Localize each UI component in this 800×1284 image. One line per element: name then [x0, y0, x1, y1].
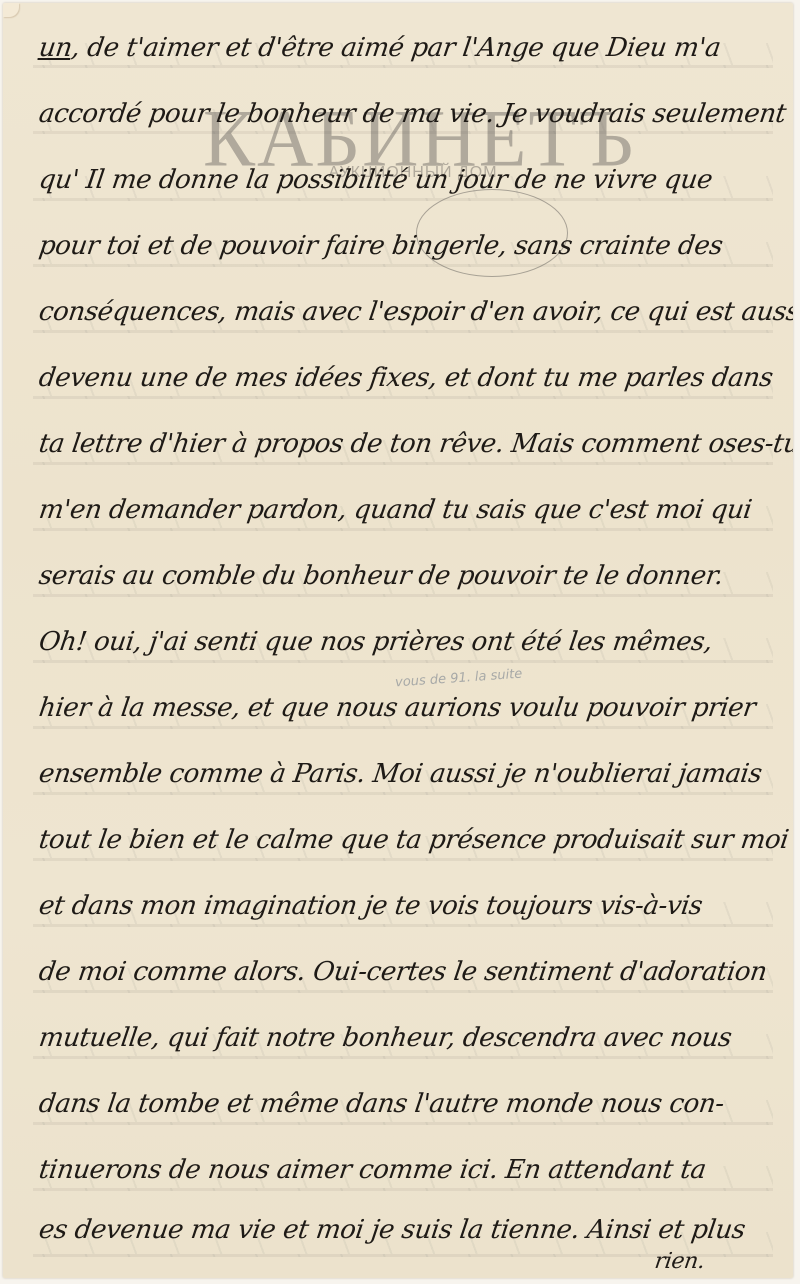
- handwritten-line-18: tinuerons de nous aimer comme ici. En at…: [37, 1155, 708, 1185]
- handwritten-line-17: dans la tombe et même dans l'autre monde…: [37, 1089, 726, 1119]
- handwritten-line-11: hier à la messe, et que nous aurions vou…: [37, 693, 757, 723]
- underlined-word: un: [37, 33, 74, 63]
- handwritten-line-14: et dans mon imagination je te vois toujo…: [37, 891, 704, 921]
- handwritten-line-9: serais au comble du bonheur de pouvoir t…: [37, 561, 725, 591]
- handwritten-line-16: mutuelle, qui fait notre bonheur, descen…: [37, 1023, 733, 1053]
- handwritten-line-8: m'en demander pardon, quand tu sais que …: [37, 495, 754, 525]
- handwritten-line-6: devenu une de mes idées fixes, et dont t…: [37, 363, 775, 393]
- paper-corner-fold: [3, 3, 19, 17]
- handwritten-line-13: tout le bien et le calme que ta présence…: [37, 825, 790, 855]
- handwritten-line-15: de moi comme alors. Oui-certes le sentim…: [37, 957, 769, 987]
- handwritten-line-12: ensemble comme à Paris. Moi aussi je n'o…: [37, 759, 764, 789]
- handwritten-line-10: Oh! oui, j'ai senti que nos prières ont …: [37, 627, 714, 657]
- handwritten-line-20: rien.: [653, 1249, 706, 1274]
- letter-page: КАБИНЕТЪ АУКЦИОННЫЙ ДОМ vous de 91. la s…: [3, 3, 793, 1278]
- pencil-note: vous de 91. la suite: [395, 667, 523, 691]
- handwritten-line-1: un, de t'aimer et d'être aimé par l'Ange…: [37, 33, 722, 63]
- handwritten-line-5: conséquences, mais avec l'espoir d'en av…: [37, 297, 793, 327]
- handwritten-line-7: ta lettre d'hier à propos de ton rêve. M…: [37, 429, 793, 459]
- handwritten-line-19: es devenue ma vie et moi je suis la tien…: [37, 1215, 747, 1245]
- handwritten-line-3: qu' Il me donne la possibilité un jour d…: [37, 165, 714, 195]
- handwritten-line-2: accordé pour le bonheur de ma vie. Je vo…: [37, 99, 788, 129]
- handwritten-line-4: pour toi et de pouvoir faire bingerle, s…: [37, 231, 725, 261]
